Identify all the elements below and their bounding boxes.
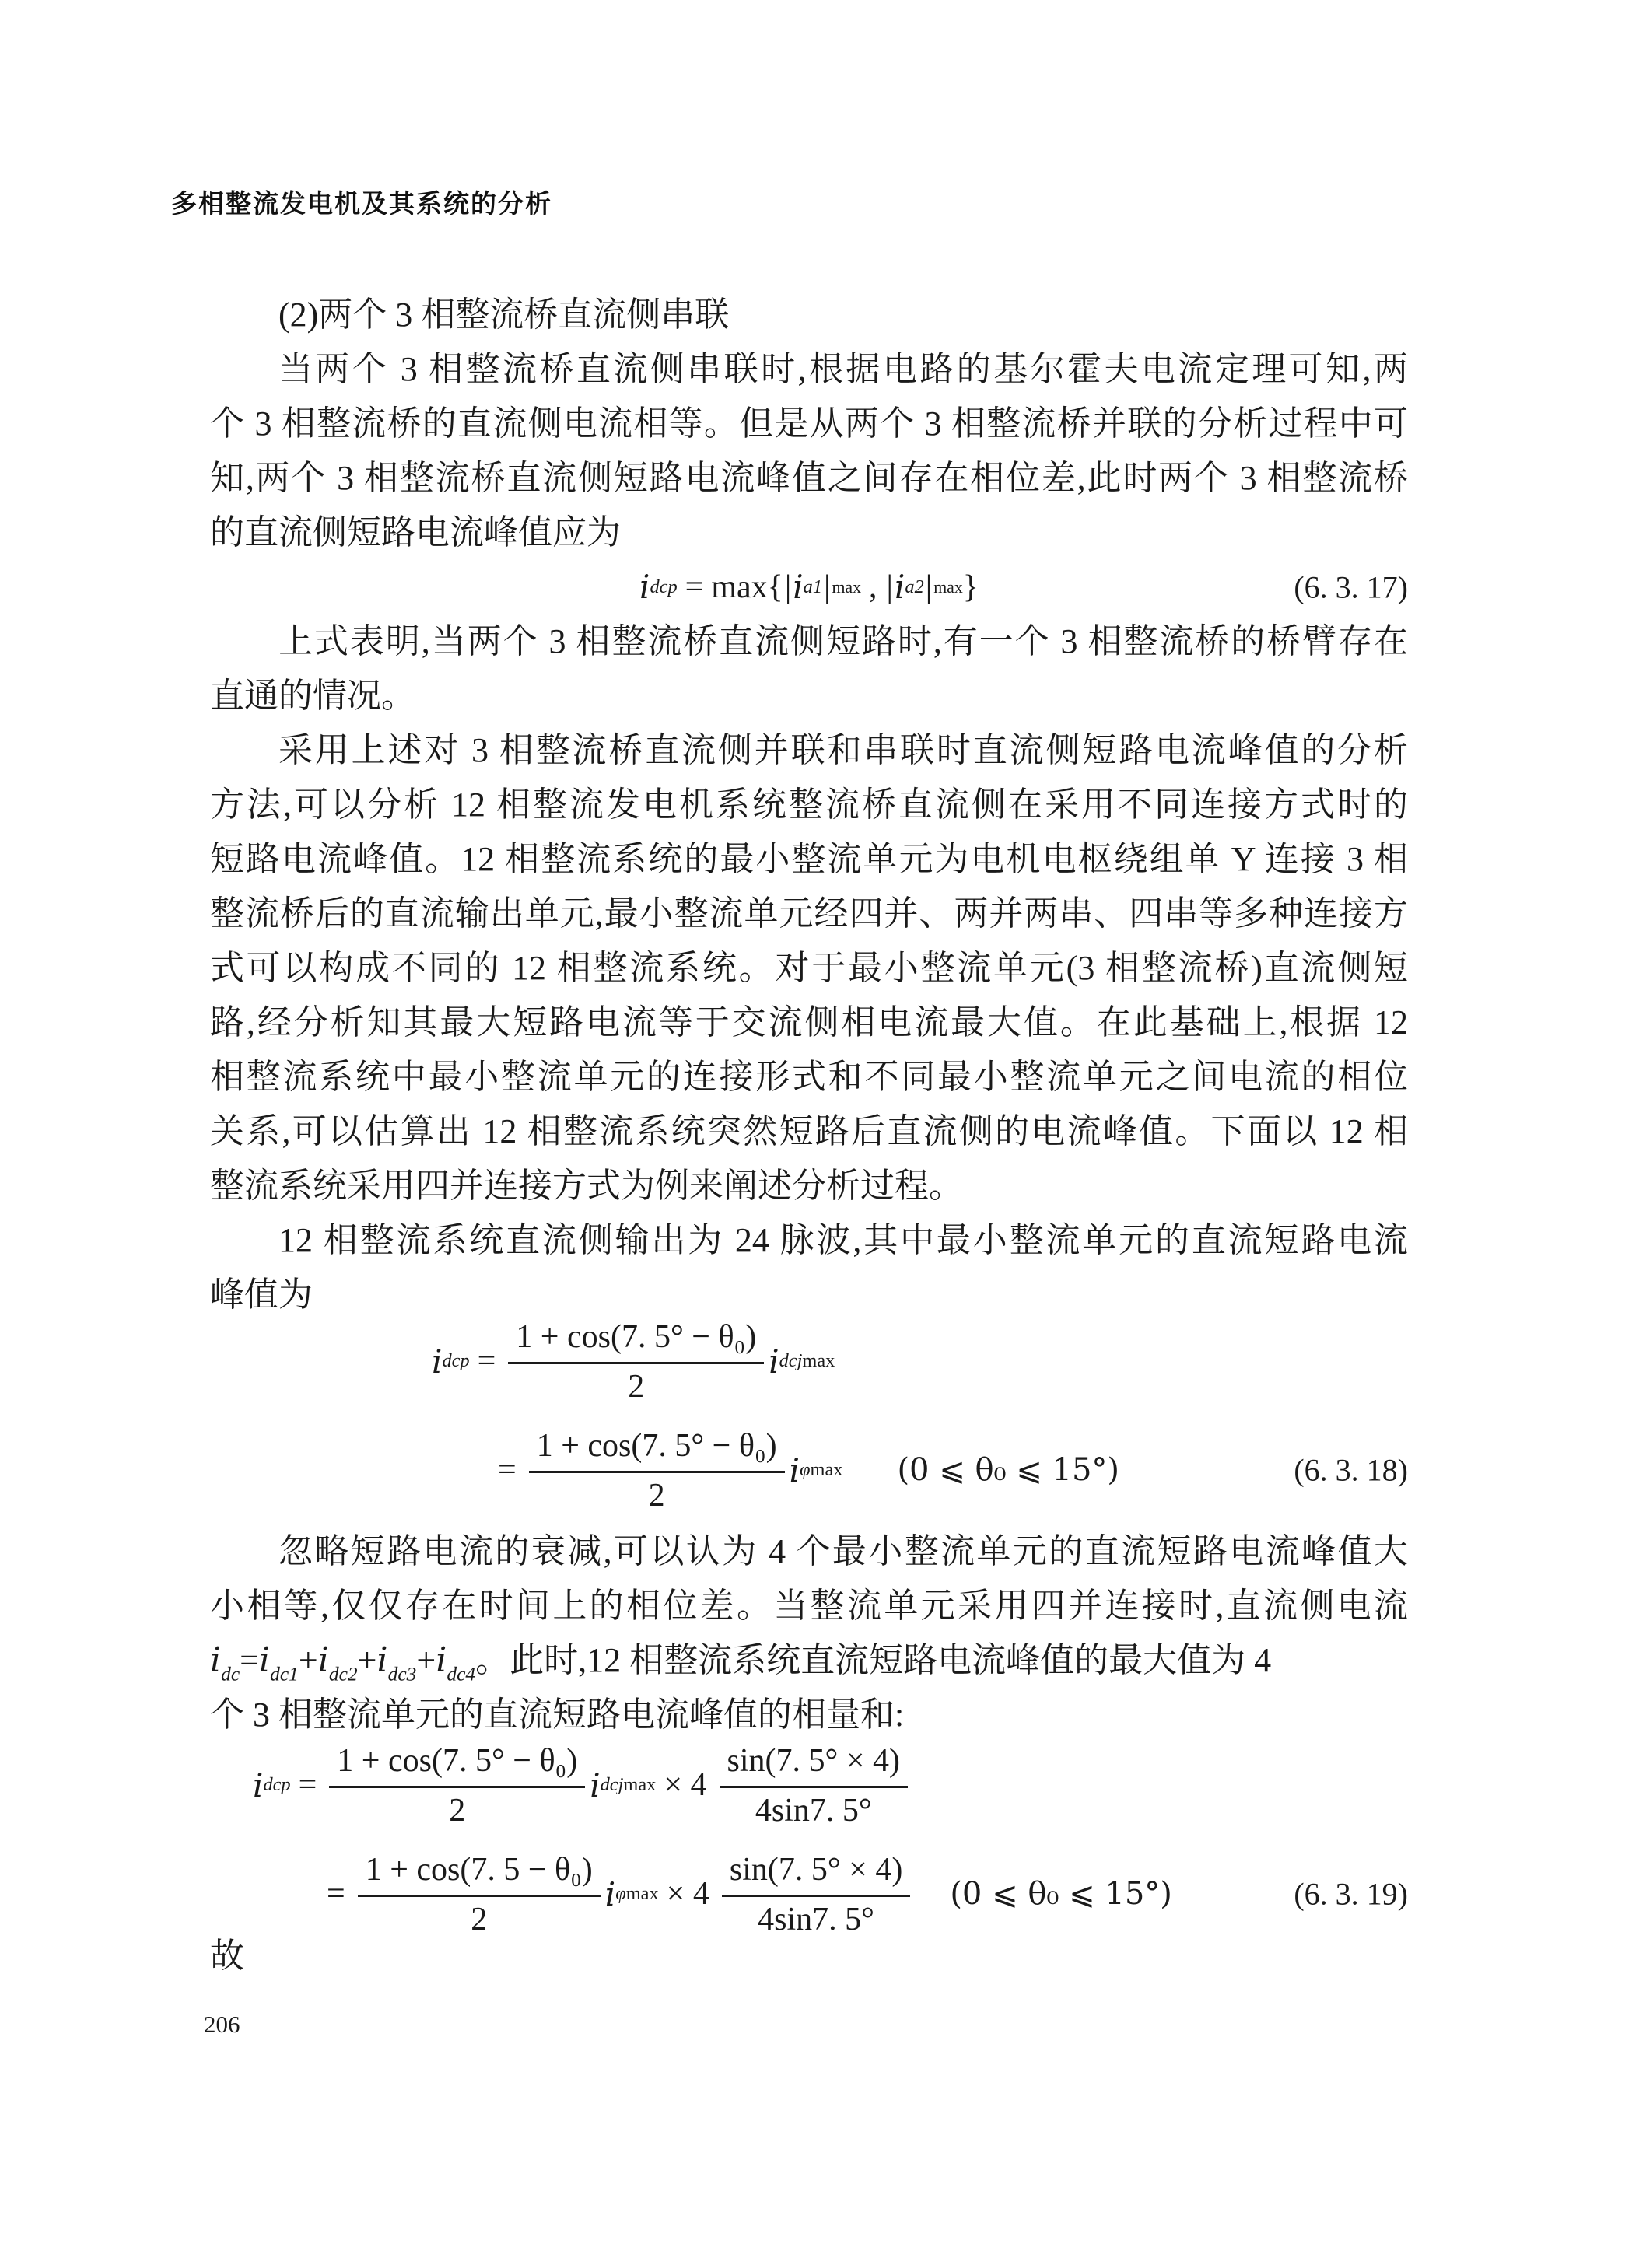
paragraph-line: 的直流侧短路电流峰值应为 [210,506,1408,560]
plus-sign: + [299,1641,318,1679]
fraction: sin(7. 5° × 4) 4sin7. 5° [720,1740,908,1830]
fraction-numerator: sin(7. 5° × 4) [722,1849,910,1896]
paragraph-line: 整流桥后的直流输出单元,最小整流单元经四并、两并两串、四串等多种连接方 [210,887,1408,941]
math-expression: = 1 + cos(7. 5 − θ₀) 2 iφmax × 4 sin(7. … [319,1849,1172,1939]
math-symbol: i [210,1640,221,1680]
paragraph-line: 当两个 3 相整流桥直流侧串联时,根据电路的基尔霍夫电流定理可知,两 [210,342,1408,397]
plus-sign: + [358,1641,377,1679]
running-head: 多相整流发电机及其系统的分析 [0,0,1625,220]
paragraph-1: 当两个 3 相整流桥直流侧串联时,根据电路的基尔霍夫电流定理可知,两 个 3 相… [210,342,1408,560]
equation-condition: (0 ⩽ θ₀ ⩽ 15°) [897,1452,1119,1488]
paragraph-line: 采用上述对 3 相整流桥直流侧并联和串联时直流侧短路电流峰值的分析 [210,723,1408,778]
math-symbol: i [259,1640,270,1680]
paragraph-5: 忽略短路电流的衰减,可以认为 4 个最小整流单元的直流短路电流峰值大 小相等,仅… [210,1524,1408,1742]
equation-row-2: = 1 + cos(7. 5 − θ₀) 2 iφmax × 4 sin(7. … [210,1839,1408,1948]
fraction-denominator: 4sin7. 5° [720,1788,908,1830]
paragraph-line: 小相等,仅仅存在时间上的相位差。当整流单元采用四并连接时,直流侧电流 [210,1579,1408,1633]
equals-sign: = [490,1451,524,1489]
equals-sign: = [291,1766,325,1804]
math-symbol: i [769,1342,779,1381]
fraction-numerator: 1 + cos(7. 5° − θ₀) [329,1740,585,1787]
math-symbol: i [639,568,650,606]
page-content: (2)两个 3 相整流桥直流侧串联 当两个 3 相整流桥直流侧串联时,根据电路的… [0,288,1625,1983]
math-symbol: i [605,1875,615,1913]
paragraph-line-inline-math: idc=idc1+idc2+idc3+idc4。此时,12 相整流系统直流短路电… [210,1633,1408,1688]
math-expression: idcp = 1 + cos(7. 5° − θ₀) 2 idcjmax [432,1316,835,1406]
fraction-denominator: 2 [508,1364,764,1406]
math-subscript: dc4 [447,1662,475,1685]
equation-body: idcp = max{ |ia1|max , |ia2|max } [210,568,1408,607]
math-lhs: idcp [253,1766,291,1804]
fraction: sin(7. 5° × 4) 4sin7. 5° [722,1849,910,1939]
fraction-numerator: 1 + cos(7. 5 − θ₀) [358,1849,601,1896]
plus-sign: + [416,1641,436,1679]
math-symbol: i [793,568,803,606]
math-symbol: i [895,568,905,606]
times-operator: × 4 [656,1766,714,1804]
abs-bar: | [783,569,793,606]
paragraph-line: 知,两个 3 相整流桥直流侧短路电流峰值之间存在相位差,此时两个 3 相整流桥 [210,451,1408,506]
equation-condition: (0 ⩽ θ₀ ⩽ 15°) [950,1876,1172,1912]
equals-sign: = [678,569,712,606]
paragraph-line: 相整流系统中最小整流单元的连接形式和不同最小整流单元之间电流的相位 [210,1050,1408,1104]
equals-sign: = [470,1342,504,1380]
times-operator: × 4 [659,1875,717,1913]
fraction: 1 + cos(7. 5° − θ₀) 2 [329,1740,585,1830]
math-symbol: i [436,1640,447,1680]
equation-number: (6. 3. 17) [1294,569,1408,606]
paragraph-line: 忽略短路电流的衰减,可以认为 4 个最小整流单元的直流短路电流峰值大 [210,1524,1408,1579]
math-symbol: i [253,1766,263,1804]
paragraph-4: 12 相整流系统直流侧输出为 24 脉波,其中最小整流单元的直流短路电流 峰值为 [210,1213,1408,1322]
paragraph-line: 关系,可以估算出 12 相整流系统突然短路后直流侧的电流峰值。下面以 12 相 [210,1104,1408,1159]
paragraph-line: 个 3 相整流桥的直流侧电流相等。但是从两个 3 相整流桥并联的分析过程中可 [210,397,1408,451]
paragraph-line: 短路电流峰值。12 相整流系统的最小整流单元为电机电枢绕组单 Y 连接 3 相 [210,832,1408,887]
page-number: 206 [204,2011,240,2039]
paragraph-text: 。此时,12 相整流系统直流短路电流峰值的最大值为 4 [475,1641,1271,1679]
fraction-denominator: 4sin7. 5° [722,1897,910,1939]
abs-bar: | [924,569,933,606]
fraction-denominator: 2 [529,1473,785,1515]
fraction: 1 + cos(7. 5° − θ₀) 2 [508,1316,764,1406]
math-expression: = 1 + cos(7. 5° − θ₀) 2 iφmax (0 ⩽ θ₀ ⩽ … [490,1425,1119,1515]
paragraph-line: 上式表明,当两个 3 相整流桥直流侧短路时,有一个 3 相整流桥的桥臂存在 [210,614,1408,669]
max-operator: max [711,569,767,606]
section-heading: (2)两个 3 相整流桥直流侧串联 [210,288,1408,342]
math-expression: idcp = 1 + cos(7. 5° − θ₀) 2 idcjmax × 4… [253,1740,912,1830]
equals-sign: = [319,1875,353,1913]
document-page: 多相整流发电机及其系统的分析 (2)两个 3 相整流桥直流侧串联 当两个 3 相… [0,0,1625,2268]
paragraph-line: 式可以构成不同的 12 相整流系统。对于最小整流单元(3 相整流桥)直流侧短 [210,941,1408,996]
math-subscript: dc [221,1662,240,1685]
equation-row-2: = 1 + cos(7. 5° − θ₀) 2 iφmax (0 ⩽ θ₀ ⩽ … [210,1416,1408,1524]
math-subscript: dc1 [270,1662,299,1685]
fraction-numerator: 1 + cos(7. 5° − θ₀) [529,1425,785,1472]
open-brace: { [768,569,783,606]
equation-6-3-18: idcp = 1 + cos(7. 5° − θ₀) 2 idcjmax = 1… [210,1307,1408,1524]
math-subscript: dc2 [329,1662,358,1685]
math-expression: idcp = max{ |ia1|max , |ia2|max } [639,568,979,606]
math-coefficient: iφmax [605,1875,659,1913]
fraction: 1 + cos(7. 5° − θ₀) 2 [529,1425,785,1515]
paragraph-line: 直通的情况。 [210,669,1408,723]
equation-row-1: idcp = 1 + cos(7. 5° − θ₀) 2 idcjmax × 4… [210,1731,1408,1839]
fraction-denominator: 2 [358,1897,601,1939]
fraction-denominator: 2 [329,1788,585,1830]
math-symbol: i [590,1766,600,1804]
paragraph-line: 方法,可以分析 12 相整流发电机系统整流桥直流侧在采用不同连接方式时的 [210,778,1408,832]
math-symbol: i [318,1640,329,1680]
comma: , [861,569,885,606]
paragraph-line: 整流系统采用四并连接方式为例来阐述分析过程。 [210,1159,1408,1213]
math-symbol: i [790,1451,800,1489]
math-subscript: dc3 [388,1662,417,1685]
math-coefficient: idcjmax [590,1766,656,1804]
paragraph-3: 采用上述对 3 相整流桥直流侧并联和串联时直流侧短路电流峰值的分析 方法,可以分… [210,723,1408,1213]
fraction: 1 + cos(7. 5 − θ₀) 2 [358,1849,601,1939]
math-symbol: i [432,1342,442,1381]
equals-sign: = [240,1641,259,1679]
equation-number: (6. 3. 18) [1294,1452,1408,1489]
paragraph-2: 上式表明,当两个 3 相整流桥直流侧短路时,有一个 3 相整流桥的桥臂存在 直通… [210,614,1408,723]
math-coefficient: iφmax [790,1451,843,1489]
equation-6-3-19: idcp = 1 + cos(7. 5° − θ₀) 2 idcjmax × 4… [210,1731,1408,1948]
math-lhs: idcp [432,1342,470,1381]
math-symbol: i [377,1640,388,1680]
equation-number: (6. 3. 19) [1294,1876,1408,1913]
equation-6-3-17: idcp = max{ |ia1|max , |ia2|max } (6. 3.… [210,560,1408,614]
fraction-numerator: sin(7. 5° × 4) [720,1740,908,1787]
fraction-numerator: 1 + cos(7. 5° − θ₀) [508,1316,764,1363]
equation-row-1: idcp = 1 + cos(7. 5° − θ₀) 2 idcjmax [210,1307,1408,1416]
paragraph-line: 12 相整流系统直流侧输出为 24 脉波,其中最小整流单元的直流短路电流 [210,1213,1408,1268]
abs-bar: | [885,569,895,606]
close-brace: } [963,569,979,606]
paragraph-line: 路,经分析知其最大短路电流等于交流侧相电流最大值。在此基础上,根据 12 [210,996,1408,1050]
abs-bar: | [822,569,832,606]
math-coefficient: idcjmax [769,1342,835,1381]
